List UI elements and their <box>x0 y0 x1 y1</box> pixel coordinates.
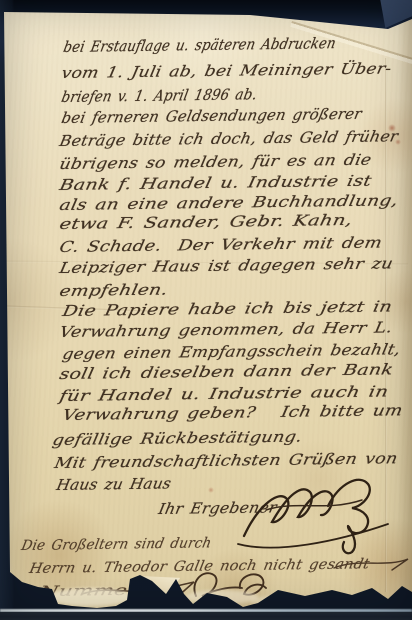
photo-bottom-edge <box>0 612 412 620</box>
handwritten-line-12: empfehlen. <box>58 280 169 300</box>
handwritten-line-6: übrigens so melden, für es an die <box>58 151 373 173</box>
handwritten-line-18: Verwahrung geben? Ich bitte um <box>61 401 404 424</box>
handwritten-line-15: gegen einen Empfangsschein bezahlt, <box>61 340 402 363</box>
photo-of-handwritten-letter: bei Erstauflage u. späteren Abdruckenvom… <box>0 0 412 620</box>
closing-swash <box>266 496 366 516</box>
handwritten-line-21: Haus zu Haus <box>55 474 173 494</box>
handwritten-line-7: Bank f. Handel u. Industrie ist <box>58 172 373 194</box>
handwritten-line-19: gefällige Rückbestätigung. <box>51 427 304 449</box>
handwritten-line-4: bei ferneren Geldsendungen größerer <box>60 105 363 127</box>
handwritten-line-10: C. Schade. Der Verkehr mit dem <box>58 233 384 256</box>
handwritten-line-14: Verwahrung genommen, da Herr L. <box>58 318 394 341</box>
handwritten-line-5: Beträge bitte ich doch, das Geld früher <box>58 127 400 150</box>
handwritten-line-20: Mit freundschaftlichsten Grüßen von <box>53 449 399 472</box>
postscript-line-1: Die Großeltern sind durch <box>20 535 213 554</box>
letter-paper: bei Erstauflage u. späteren Abdruckenvom… <box>4 10 412 612</box>
handwritten-line-2: vom 1. Juli ab, bei Meininger Über- <box>60 59 393 82</box>
handwritten-line-3: briefen v. 1. April 1896 ab. <box>60 85 259 106</box>
handwritten-line-16: soll ich dieselben dann der Bank <box>58 360 395 383</box>
signature-flourish <box>236 472 404 564</box>
handwritten-line-1: bei Erstauflage u. späteren Abdrucken <box>62 34 338 56</box>
handwritten-line-13: Die Papiere habe ich bis jetzt in <box>61 297 394 320</box>
postscript-tail-swash <box>334 556 412 572</box>
handwritten-line-11: Leipziger Haus ist dagegen sehr zu <box>58 254 395 277</box>
handwritten-line-9: etwa F. Sander, Gebr. Kahn, <box>58 211 354 233</box>
